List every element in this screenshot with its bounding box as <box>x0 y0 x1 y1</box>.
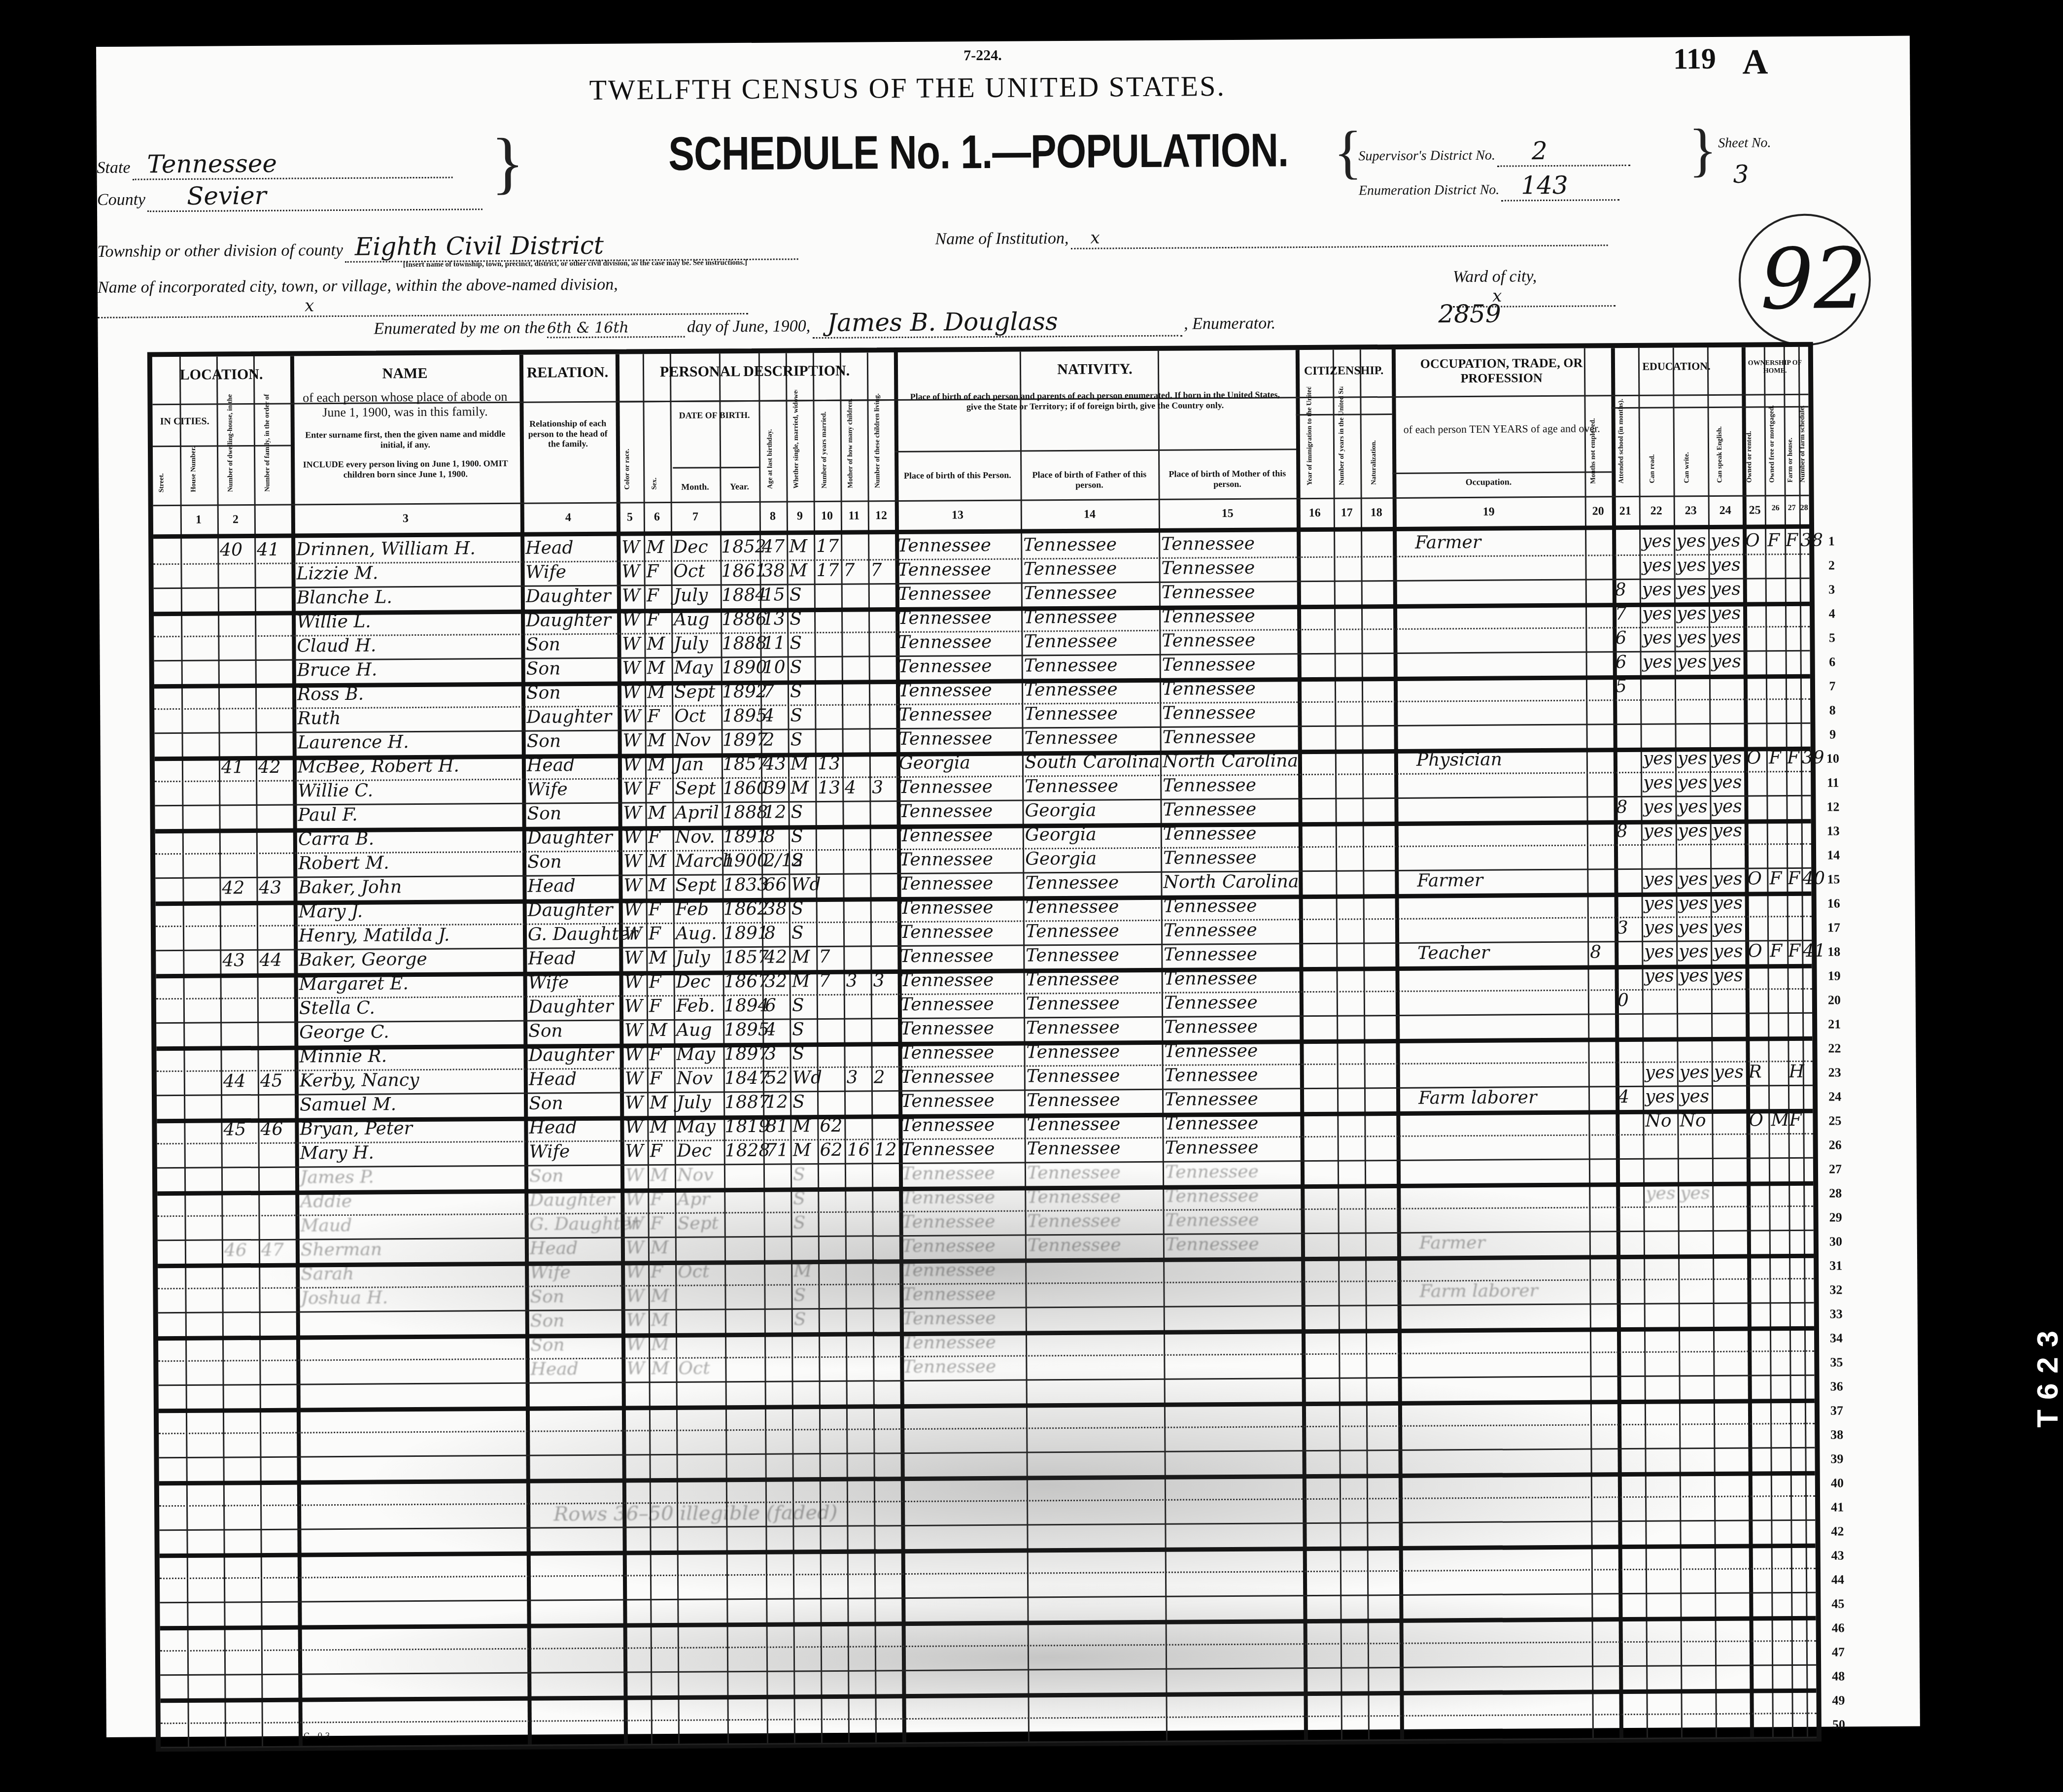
header-mother-of: Mother of how many children. <box>846 399 855 488</box>
cell-pob: Tennessee <box>898 728 1022 750</box>
column-number: 4 <box>558 511 578 524</box>
cell-color: W <box>624 1044 647 1065</box>
cell-write: No <box>1680 1110 1712 1131</box>
cell-fm: F <box>1769 748 1788 768</box>
cell-sch: 4 <box>1618 1087 1643 1107</box>
cell-name: Lizzie M. <box>296 562 520 584</box>
name-desc: of each person whose place of abode on J… <box>300 389 510 420</box>
in-cities-header: IN CITIES. <box>153 416 217 428</box>
cell-year: 1895 <box>724 1020 763 1040</box>
cell-year: 1867 <box>723 971 763 992</box>
illegible-rows-note: Rows 36–50 illegible (faded) <box>553 1501 837 1526</box>
cell-color: W <box>622 730 645 751</box>
cell-dw: 41 <box>221 757 256 777</box>
cell-age: 39 <box>763 778 788 798</box>
header-house-number: House Number. <box>190 447 198 492</box>
header-children-living: Number of these children living. <box>873 393 882 488</box>
cell-name: McBee, Robert H. <box>298 756 522 777</box>
supervisor-label: Supervisor's District No. <box>1358 148 1495 164</box>
cell-ym: 13 <box>818 754 842 774</box>
cell-pob: Tennessee <box>899 777 1022 798</box>
cell-pobm: North Carolina <box>1163 751 1298 772</box>
cell-ym: 17 <box>816 536 841 556</box>
faded-ink-area <box>256 1161 1736 1377</box>
cell-month: Sept <box>674 682 721 702</box>
state-value: Tennessee <box>132 148 452 180</box>
cell-fh: F <box>1789 1110 1804 1130</box>
cell-mar: M <box>789 536 814 556</box>
education-header: EDUCATION. <box>1611 360 1742 374</box>
cell-month: Nov. <box>675 827 722 847</box>
nativity-header: NATIVITY. <box>894 360 1296 379</box>
enumerated-day: 6th & 16th <box>547 319 685 339</box>
cell-write: yes <box>1676 531 1708 551</box>
cell-pobm: Tennessee <box>1162 654 1298 675</box>
cell-name: Baker, George <box>299 949 523 970</box>
cell-name: Stella C. <box>299 997 523 1019</box>
column-number: 8 <box>763 510 783 523</box>
cell-write: yes <box>1676 555 1708 575</box>
cell-sex: F <box>647 706 672 726</box>
incorporated-label: Name of incorporated city, town, or vill… <box>98 276 618 297</box>
cell-sex: M <box>648 851 673 871</box>
cell-color: W <box>625 1117 647 1137</box>
cell-fam: 45 <box>260 1071 295 1091</box>
cell-name: Samuel M. <box>300 1094 524 1115</box>
cell-rel: Head <box>525 538 617 558</box>
cell-month: May <box>674 657 721 678</box>
cell-month: Aug <box>674 609 721 630</box>
cell-write: yes <box>1677 579 1709 599</box>
cell-month: Dec <box>673 537 720 557</box>
cell-pobf: Tennessee <box>1026 896 1161 918</box>
cell-pob: Tennessee <box>899 873 1023 895</box>
cell-sex: M <box>647 634 671 654</box>
cell-rel: Head <box>529 1069 620 1090</box>
cell-read: yes <box>1645 1062 1677 1082</box>
row-number: 5 <box>1822 630 1842 645</box>
cell-age: 6 <box>765 995 790 1015</box>
row-number: 48 <box>1828 1669 1848 1684</box>
cell-rel: Son <box>529 1093 620 1114</box>
cell-sch: 0 <box>1617 990 1642 1010</box>
cell-sex: F <box>647 610 671 630</box>
cell-pob: Tennessee <box>900 1018 1024 1039</box>
cell-rel: Daughter <box>528 1045 619 1066</box>
cell-pobm: Tennessee <box>1163 775 1298 796</box>
cell-month: Oct <box>674 706 721 726</box>
header-marital: Whether single, married, widowed, or div… <box>792 390 800 488</box>
cell-own: R <box>1749 1062 1771 1082</box>
state-label: State <box>97 159 130 177</box>
row-number: 33 <box>1826 1307 1846 1321</box>
header-years-in-us: Number of years in the United States. <box>1338 387 1346 485</box>
cell-moc: 3 <box>846 970 870 991</box>
cell-sex: M <box>647 730 672 751</box>
cell-rel: Daughter <box>526 610 617 631</box>
cell-rel: Head <box>527 876 619 896</box>
cell-age: 12 <box>763 802 788 822</box>
schedule-title: SCHEDULE No. 1.—POPULATION. <box>668 123 1289 181</box>
header-can-speak-english: Can speak English. <box>1716 426 1724 483</box>
header-farm-schedule: Number of farm schedule. <box>1799 406 1807 482</box>
cell-write: yes <box>1679 965 1711 986</box>
cell-pobf: Georgia <box>1025 800 1160 821</box>
row-number: 35 <box>1826 1355 1846 1370</box>
row-number: 7 <box>1822 679 1842 693</box>
header-divider <box>1392 471 1612 474</box>
cell-color: W <box>621 537 644 557</box>
relation-desc: Relationship of each person to the head … <box>525 418 611 449</box>
cell-write: yes <box>1678 821 1710 841</box>
cell-color: W <box>623 755 645 775</box>
row-number: 37 <box>1827 1403 1847 1418</box>
cell-pob: Tennessee <box>900 994 1024 1015</box>
cell-name: Paul F. <box>298 804 522 826</box>
cell-color: W <box>623 803 645 823</box>
column-divider <box>216 357 226 1747</box>
cell-mar: S <box>791 850 816 870</box>
cell-rel: Head <box>527 755 618 776</box>
cell-write: yes <box>1680 1062 1712 1082</box>
cell-read: yes <box>1643 772 1675 793</box>
cell-age: 3 <box>765 1043 790 1064</box>
column-number: 5 <box>620 511 640 524</box>
cell-name: Drinnen, William H. <box>296 538 520 560</box>
cell-pob: Tennessee <box>900 1042 1024 1064</box>
cell-color: W <box>624 924 646 944</box>
cell-read: yes <box>1642 531 1674 551</box>
cell-color: W <box>623 779 645 799</box>
cell-age: 4 <box>763 705 788 725</box>
column-number: 18 <box>1367 506 1386 519</box>
cell-sch: 7 <box>1615 604 1640 624</box>
cell-rel: Wife <box>528 972 619 993</box>
column-number: 20 <box>1588 505 1608 518</box>
cell-sex: F <box>649 1044 674 1065</box>
cell-write: yes <box>1678 748 1710 768</box>
cell-pobm: Tennessee <box>1163 799 1298 820</box>
header-naturalization: Naturalization. <box>1370 441 1378 485</box>
enumerator-label: , Enumerator. <box>1184 314 1275 333</box>
column-divider <box>1798 347 1808 1737</box>
cell-mar: S <box>792 1092 817 1112</box>
cell-sch: 3 <box>1617 918 1642 938</box>
cell-mar: M <box>791 971 816 991</box>
institution-field: Name of Institution, x <box>935 225 1625 250</box>
row-number: 39 <box>1827 1451 1847 1466</box>
cell-year: 1890 <box>722 657 761 678</box>
cell-ym: 7 <box>819 971 843 991</box>
row-number: 26 <box>1825 1137 1845 1152</box>
cell-name: Minnie R. <box>299 1045 523 1067</box>
cell-pobm: Tennessee <box>1162 702 1298 724</box>
header-free-mortgaged: Owned free or mortgaged. <box>1768 405 1777 482</box>
row-number: 43 <box>1828 1548 1848 1563</box>
cell-read: yes <box>1644 821 1676 841</box>
cell-own: O <box>1748 941 1770 961</box>
cell-fam: 44 <box>259 950 294 970</box>
cell-read: yes <box>1644 965 1676 986</box>
cell-pobf: Tennessee <box>1024 583 1159 604</box>
pob-mother-header: Place of birth of Mother of this person. <box>1161 468 1294 489</box>
cell-sch: 5 <box>1616 676 1640 696</box>
cell-sex: F <box>648 779 672 799</box>
cell-age: 52 <box>765 1068 790 1088</box>
cell-year: 1861 <box>721 561 760 581</box>
row-number: 40 <box>1827 1476 1847 1490</box>
circled-number: 92 <box>1738 213 1871 346</box>
column-number: 25 <box>1745 504 1765 517</box>
cell-name: Robert M. <box>298 852 522 874</box>
cell-sex: F <box>647 586 671 606</box>
column-divider <box>1742 347 1754 1737</box>
ed-value: 143 <box>1501 171 1619 201</box>
cell-occ: Farm laborer <box>1418 1087 1588 1108</box>
cell-mar: S <box>790 729 815 750</box>
cell-sex: F <box>650 1141 675 1161</box>
cell-pobm: Tennessee <box>1165 1089 1300 1110</box>
cell-pob: Tennessee <box>898 632 1021 653</box>
cell-color: W <box>621 561 644 582</box>
name-instructions: Enter surname first, then the given name… <box>301 429 510 450</box>
cell-year: 1887 <box>724 1092 764 1112</box>
month-header: Month. <box>670 482 720 492</box>
cell-sex: M <box>647 658 672 678</box>
cell-year: 1892 <box>722 682 761 702</box>
cell-ym: 62 <box>820 1116 844 1136</box>
enumerated-field: Enumerated by me on the 6th & 16th day o… <box>374 305 1507 342</box>
cell-pob: Tennessee <box>898 704 1022 725</box>
footer-code: C—0 3 <box>304 1731 330 1740</box>
cell-read: yes <box>1644 869 1676 889</box>
page-letter: A <box>1742 41 1768 82</box>
cell-rel: Son <box>526 634 617 655</box>
cell-sex: F <box>650 1068 674 1089</box>
cell-name: George C. <box>299 1021 523 1043</box>
cell-age: 10 <box>763 657 788 677</box>
cell-cl: 12 <box>874 1139 899 1160</box>
cell-ym: 7 <box>819 947 843 967</box>
cell-fam: 41 <box>257 540 291 560</box>
column-divider <box>179 357 189 1747</box>
row-number: 23 <box>1825 1065 1845 1080</box>
cell-eng: yes <box>1711 603 1743 623</box>
film-roll-label: T623 <box>2030 1321 2060 1428</box>
row-number: 2 <box>1822 558 1841 573</box>
row-number: 21 <box>1824 1017 1844 1032</box>
cell-mar: M <box>792 1116 817 1136</box>
row-number: 17 <box>1824 920 1844 935</box>
row-number: 47 <box>1828 1645 1848 1659</box>
header-dwelling: Number of dwelling-house, in the order o… <box>226 393 235 492</box>
cell-year: 1897 <box>722 730 761 750</box>
cell-pobf: Tennessee <box>1027 1090 1162 1111</box>
header-family: Number of family, in the order of visita… <box>263 393 272 492</box>
name-include-note: INCLUDE every person living on June 1, 1… <box>301 458 510 480</box>
header-can-write: Can write. <box>1683 452 1691 483</box>
row-number: 11 <box>1823 775 1843 790</box>
cell-year: 1897 <box>724 1044 763 1064</box>
column-divider <box>1764 347 1774 1737</box>
cell-mar: S <box>790 585 814 605</box>
row-number: 31 <box>1826 1258 1846 1273</box>
cell-eng: yes <box>1713 941 1745 962</box>
cell-pob: Georgia <box>899 753 1022 774</box>
cell-mar: S <box>790 633 814 653</box>
page-number: 119 <box>1673 42 1716 76</box>
ed-label: Enumeration District No. <box>1359 182 1500 199</box>
cell-month: Dec <box>677 1140 724 1161</box>
cell-sch: 8 <box>1616 821 1641 841</box>
cell-dw: 45 <box>223 1119 258 1139</box>
enumerator-number: 2859 <box>1438 300 1501 329</box>
cell-rel: G. Daughter <box>528 924 619 945</box>
cell-sex: F <box>646 561 671 582</box>
cell-ym: 62 <box>820 1140 845 1160</box>
column-number: 12 <box>871 509 891 522</box>
cell-rel: Daughter <box>528 997 619 1017</box>
cell-name: Bruce H. <box>297 659 521 681</box>
cell-month: Oct <box>673 561 720 582</box>
cell-pobm: Tennessee <box>1163 823 1299 844</box>
cell-name: Ross B. <box>297 683 521 705</box>
cell-sex: M <box>648 803 672 823</box>
cell-occ: Farmer <box>1415 532 1585 553</box>
column-number: 22 <box>1647 505 1666 518</box>
header-divider <box>1612 406 1809 409</box>
header-years-married: Number of years married. <box>821 412 829 488</box>
column-number: 24 <box>1716 504 1735 517</box>
cell-year: 1860 <box>722 778 762 798</box>
row-number: 36 <box>1827 1379 1847 1394</box>
cell-occ: Teacher <box>1417 942 1587 964</box>
cell-pobm: Tennessee <box>1162 678 1298 699</box>
pob-father-header: Place of birth of Father of this person. <box>1023 469 1156 490</box>
cell-month: Nov <box>677 1068 723 1089</box>
faded-ink-area <box>355 1358 1737 1613</box>
row-number: 14 <box>1823 848 1843 862</box>
header-immigration: Year of immigration to the United States… <box>1306 387 1314 485</box>
row-number: 46 <box>1828 1620 1848 1635</box>
cell-farm: 39 <box>1802 748 1826 768</box>
cell-dw: 44 <box>223 1071 258 1091</box>
cell-name: Henry, Matilda J. <box>299 925 523 946</box>
cell-pobf: Tennessee <box>1026 969 1161 990</box>
cell-eng: yes <box>1711 579 1743 599</box>
cell-fh: F <box>1787 748 1802 768</box>
cell-age: 8 <box>764 923 789 943</box>
cell-rel: Head <box>529 1117 620 1138</box>
cell-year: 1847 <box>724 1068 764 1088</box>
township-field: Township or other division of county Eig… <box>97 229 935 264</box>
cell-color: W <box>622 634 644 654</box>
population-table: LOCATION.IN CITIES.NAMEof each person wh… <box>147 342 1822 1752</box>
column-number: 11 <box>844 510 864 523</box>
state-field: State Tennessee <box>97 147 550 180</box>
cell-name: Blanche L. <box>297 586 521 608</box>
cell-age: 66 <box>764 874 789 895</box>
cell-sex: M <box>650 1093 674 1113</box>
cell-pobf: Tennessee <box>1024 631 1159 652</box>
cell-year: 1852 <box>721 537 760 557</box>
row-number: 32 <box>1826 1282 1846 1297</box>
cell-name: Claud H. <box>297 635 521 656</box>
cell-sex: M <box>648 875 673 896</box>
cell-write: yes <box>1678 796 1710 817</box>
cell-name: Willie C. <box>298 780 522 801</box>
brace: } <box>491 123 524 203</box>
cell-mar: S <box>792 995 817 1015</box>
cell-month: April <box>675 802 722 823</box>
cell-age: 11 <box>762 633 787 653</box>
ownership-header: OWNERSHIP OF HOME. <box>1742 359 1808 376</box>
cell-sex: F <box>649 924 673 944</box>
township-value: Eighth Civil District <box>345 230 798 263</box>
column-number: 15 <box>1218 507 1238 520</box>
cell-color: W <box>624 996 647 1016</box>
cell-ym: 17 <box>816 560 841 581</box>
cell-rel: Son <box>527 803 618 824</box>
row-number: 42 <box>1827 1524 1847 1539</box>
cell-pob: Tennessee <box>898 656 1022 677</box>
cell-year: 1900 <box>723 851 762 871</box>
date-of-birth-header: DATE OF BIRTH. <box>670 410 759 421</box>
row-number: 19 <box>1824 968 1844 983</box>
row-number: 24 <box>1825 1089 1845 1104</box>
cell-own: O <box>1747 748 1769 768</box>
row-number: 25 <box>1825 1113 1845 1128</box>
cell-rel: Son <box>528 1021 619 1041</box>
cell-pobf: Tennessee <box>1024 607 1159 628</box>
cell-dw: 40 <box>220 540 254 560</box>
column-number: 7 <box>686 510 705 523</box>
cell-pobf: Tennessee <box>1026 1041 1162 1063</box>
cell-age: 2/12 <box>764 850 789 870</box>
cell-eng: yes <box>1712 748 1744 768</box>
cell-cl: 3 <box>872 777 896 797</box>
cell-year: 1857 <box>723 947 763 967</box>
cell-pob: Tennessee <box>897 559 1021 581</box>
cell-year: 1886 <box>722 609 761 629</box>
header-street: Street. <box>158 473 166 492</box>
cell-pobf: Tennessee <box>1026 993 1162 1014</box>
cell-name: Carra B. <box>298 828 522 850</box>
cell-month: Sept <box>675 875 722 896</box>
cell-name: Margaret E. <box>299 973 523 995</box>
cell-write: yes <box>1677 603 1709 623</box>
cell-pobf: Tennessee <box>1023 558 1159 580</box>
cell-color: W <box>622 610 644 630</box>
column-number: 28 <box>1794 504 1814 513</box>
county-value: Sevier <box>147 180 482 212</box>
cell-rel: Wife <box>529 1141 620 1162</box>
cell-mar: M <box>791 754 815 774</box>
cell-pobf: Georgia <box>1025 848 1161 869</box>
cell-pobf: Tennessee <box>1027 1066 1162 1087</box>
cell-rel: Head <box>528 948 619 969</box>
cell-eng: yes <box>1713 965 1745 986</box>
cell-pobf: Tennessee <box>1025 872 1161 894</box>
cell-age: 47 <box>762 536 787 556</box>
row-number: 6 <box>1822 655 1842 669</box>
cell-pob: Tennessee <box>900 897 1023 919</box>
cell-pob: Tennessee <box>901 1091 1024 1112</box>
cell-pobm: Tennessee <box>1161 557 1297 579</box>
cell-year: 1833 <box>723 875 762 895</box>
column-number: 23 <box>1681 504 1701 517</box>
cell-write: yes <box>1677 627 1709 648</box>
